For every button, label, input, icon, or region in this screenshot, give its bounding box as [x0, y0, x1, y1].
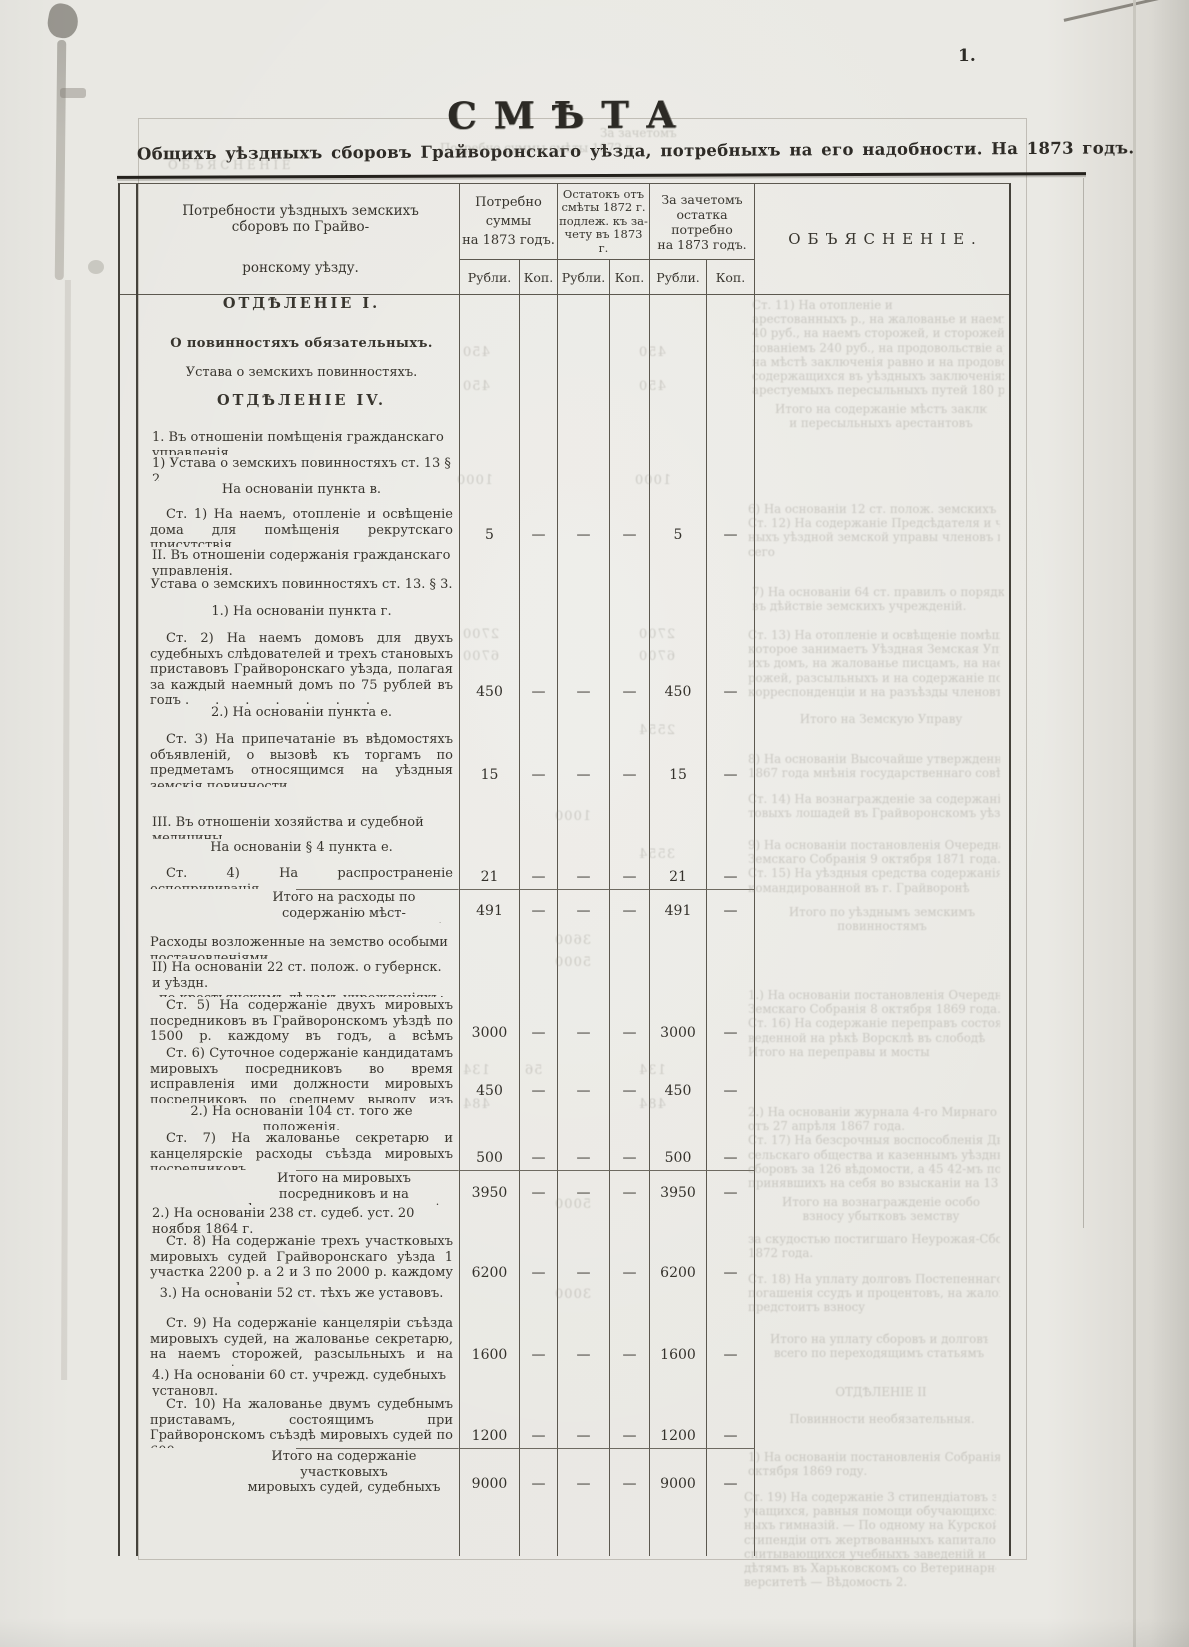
- amount-cell: 1600: [460, 1315, 520, 1367]
- amount-cell: 1200: [650, 1396, 707, 1448]
- amount-cell: [520, 295, 558, 335]
- table-header: Потребности уѣздныхъ земскихъ сборовъ по…: [120, 184, 1009, 295]
- amount-cell: [610, 1496, 650, 1556]
- explanation-cell: [755, 481, 1009, 506]
- frame-right-rule: [1083, 178, 1084, 1228]
- explanation-cell: [755, 364, 1009, 392]
- amount-cell: [650, 603, 707, 630]
- explanation-cell: [755, 1367, 1009, 1396]
- amount-cell: —: [558, 506, 610, 547]
- table-row: Итого на расходы по содержанію мѣст-наго…: [120, 889, 1009, 923]
- amount-cell: [650, 295, 707, 335]
- amount-cell: —: [558, 865, 610, 889]
- table-row: ОТДѢЛЕНІЕ IV.: [120, 392, 1009, 429]
- table-row: 3.) На основаніи 52 ст. тѣхъ же уставовъ…: [120, 1285, 1009, 1315]
- amount-cell: [610, 1285, 650, 1315]
- table-row: Расходы возложенные на земство особыми п…: [120, 923, 1009, 959]
- amount-cell: 21: [650, 865, 707, 889]
- amount-cell: —: [520, 997, 558, 1045]
- explanation-cell: [755, 1045, 1009, 1103]
- explanation-cell: [755, 335, 1009, 364]
- amount-cell: [460, 364, 520, 392]
- explanation-cell: [755, 506, 1009, 547]
- row-description-text: Итого на мировыхъ посредниковъ и на: [235, 1171, 453, 1202]
- amount-cell: 1600: [650, 1315, 707, 1367]
- amount-cell: [520, 1496, 558, 1556]
- amount-cell: [520, 959, 558, 997]
- row-description-text: 3.) На основаніи 52 ст. тѣхъ же уставовъ…: [150, 1286, 453, 1302]
- document-title: СМѢТА: [350, 92, 790, 138]
- table-row: На основаніи § 4 пункта е.: [120, 839, 1009, 865]
- table-row: Ст. 4) На распространеніе оспопрививанія…: [120, 865, 1009, 889]
- amount-cell: 500: [460, 1130, 520, 1170]
- amount-cell: [520, 1285, 558, 1315]
- amount-cell: [650, 547, 707, 576]
- amount-cell: [558, 1103, 610, 1130]
- amount-cell: 3000: [460, 997, 520, 1045]
- table-row: Ст. 2) На наемъ домовъ для двухъ судебны…: [120, 630, 1009, 704]
- amount-cell: [520, 547, 558, 576]
- row-description: 1. Въ отношеніи помѣщенія гражданскаго у…: [120, 429, 460, 455]
- row-description: На основаніи § 4 пункта е.: [120, 839, 460, 865]
- page-fold-shadow: [61, 280, 71, 1380]
- amount-cell: [650, 959, 707, 997]
- row-description: Ст. 7) На жалованье секретарю и канцеляр…: [120, 1130, 460, 1170]
- amount-cell: [707, 959, 755, 997]
- scan-smudge: [55, 40, 67, 280]
- amount-cell: [558, 787, 610, 839]
- amount-cell: [610, 429, 650, 455]
- amount-cell: [558, 364, 610, 392]
- amount-cell: [520, 787, 558, 839]
- amount-cell: [707, 481, 755, 506]
- table-row: ІІ) На основаніи 22 ст. полож. о губернс…: [120, 959, 1009, 997]
- amount-cell: [650, 1205, 707, 1233]
- amount-cell: [558, 1205, 610, 1233]
- column-header-needs: Потребности уѣздныхъ земскихъ сборовъ по…: [120, 184, 460, 294]
- amount-cell: —: [707, 630, 755, 704]
- amount-cell: [460, 295, 520, 335]
- explanation-cell: [755, 603, 1009, 630]
- amount-cell: 15: [460, 731, 520, 787]
- amount-cell: —: [520, 1130, 558, 1170]
- amount-cell: [610, 364, 650, 392]
- table-row: Ст. 7) На жалованье секретарю и канцеляр…: [120, 1130, 1009, 1170]
- row-description: Ст. 2) На наемъ домовъ для двухъ судебны…: [120, 630, 460, 704]
- amount-cell: [558, 429, 610, 455]
- row-description: Устава о земскихъ повинностяхъ ст. 13. §…: [120, 576, 460, 603]
- row-description: Ст. 9) На содержаніе канцеляріи съѣзда м…: [120, 1315, 460, 1367]
- amount-cell: —: [558, 1170, 610, 1205]
- amount-cell: [650, 1285, 707, 1315]
- row-description: О повинностяхъ обязательныхъ.: [120, 335, 460, 364]
- amount-cell: [460, 547, 520, 576]
- explanation-cell: [755, 1315, 1009, 1367]
- amount-cell: [650, 481, 707, 506]
- amount-cell: —: [520, 889, 558, 923]
- scan-corner-line: [1064, 0, 1189, 22]
- amount-cell: [558, 1496, 610, 1556]
- amount-cell: 9000: [650, 1448, 707, 1496]
- table-row: Ст. 6) Суточное содержаніе кандидатамъ м…: [120, 1045, 1009, 1103]
- amount-cell: 5: [650, 506, 707, 547]
- amount-cell: —: [707, 1045, 755, 1103]
- amount-cell: —: [520, 1170, 558, 1205]
- row-description-text: 2.) На основаніи 238 ст. судеб. уст. 20 …: [150, 1206, 453, 1233]
- amount-cell: [707, 364, 755, 392]
- explanation-cell: [755, 997, 1009, 1045]
- row-description-text: 4.) На основаніи 60 ст. учрежд. судебных…: [150, 1368, 453, 1396]
- column-header-needs-line1: Потребности уѣздныхъ земскихъ сборовъ по…: [152, 203, 449, 235]
- amount-cell: —: [707, 506, 755, 547]
- row-description-text: мировыхъ судей, судебныхъ при-: [235, 1480, 453, 1496]
- amount-cell: [650, 1103, 707, 1130]
- amount-cell: —: [558, 1130, 610, 1170]
- amount-cell: —: [558, 630, 610, 704]
- explanation-cell: [755, 787, 1009, 839]
- amount-cell: —: [520, 630, 558, 704]
- amount-cell: —: [707, 889, 755, 923]
- amount-cell: [460, 839, 520, 865]
- amount-cell: 450: [650, 1045, 707, 1103]
- row-description-text: Итого на расходы по содержанію мѣст-: [235, 890, 453, 921]
- amount-cell: —: [610, 1170, 650, 1205]
- amount-cell: [558, 295, 610, 335]
- amount-cell: [707, 547, 755, 576]
- explanation-cell: [755, 547, 1009, 576]
- explanation-cell: [755, 923, 1009, 959]
- row-description: ІІ) На основаніи 22 ст. полож. о губернс…: [120, 959, 460, 997]
- header-line: Остатокъ отъ: [563, 188, 644, 202]
- explanation-cell: [755, 1170, 1009, 1205]
- amount-cell: [650, 364, 707, 392]
- amount-cell: [707, 1496, 755, 1556]
- header-line: За зачетомъ: [661, 192, 742, 207]
- amount-cell: —: [558, 1045, 610, 1103]
- row-description: Итого на мировыхъ посредниковъ и науѣздн…: [120, 1170, 460, 1205]
- amount-cell: —: [558, 1233, 610, 1285]
- row-description-text: Ст. 10) На жалованье двумъ судебнымъ при…: [150, 1397, 453, 1448]
- table-row: ІІ. Въ отношеніи содержанія гражданскаго…: [120, 547, 1009, 576]
- amount-cell: [610, 481, 650, 506]
- amount-cell: [460, 576, 520, 603]
- table-row: Ст. 8) На содержаніе трехъ участковыхъ м…: [120, 1233, 1009, 1285]
- amount-cell: [558, 392, 610, 429]
- header-line: остатка потребно: [650, 207, 754, 237]
- row-description: Ст. 8) На содержаніе трехъ участковыхъ м…: [120, 1233, 460, 1285]
- amount-cell: [650, 787, 707, 839]
- explanation-cell: [755, 1233, 1009, 1285]
- amount-cell: —: [520, 1396, 558, 1448]
- table-row: Ст. 1) На наемъ, отопленіе и освѣщеніе д…: [120, 506, 1009, 547]
- amount-cell: —: [520, 506, 558, 547]
- amount-cell: [650, 429, 707, 455]
- row-description: На основаніи пункта в.: [120, 481, 460, 506]
- amount-cell: [707, 839, 755, 865]
- amount-cell: [610, 959, 650, 997]
- amount-cell: —: [707, 1396, 755, 1448]
- table-row: III. Въ отношеніи хозяйства и судебной м…: [120, 787, 1009, 839]
- explanation-cell: [755, 1448, 1009, 1496]
- explanation-cell: [755, 1130, 1009, 1170]
- row-description: ОТДѢЛЕНІЕ І.: [120, 295, 460, 335]
- amount-cell: —: [610, 506, 650, 547]
- subheader-rubles: Рубли.: [650, 260, 707, 294]
- amount-cell: [460, 1285, 520, 1315]
- amount-cell: 5: [460, 506, 520, 547]
- row-description-text: Ст. 8) На содержаніе трехъ участковыхъ м…: [150, 1234, 453, 1285]
- explanation-cell: [755, 630, 1009, 704]
- amount-cell: [520, 392, 558, 429]
- amount-cell: —: [610, 1448, 650, 1496]
- table-row: 2.) На основаніи 104 ст. того же положен…: [120, 1103, 1009, 1130]
- amount-cell: [558, 547, 610, 576]
- amount-cell: —: [707, 1315, 755, 1367]
- amount-cell: —: [520, 731, 558, 787]
- header-line: смѣты 1872 г.: [561, 201, 645, 215]
- amount-cell: [558, 481, 610, 506]
- table-row: Ст. 3) На припечатаніе въ вѣдомостяхъ об…: [120, 731, 1009, 787]
- subheader-kopecks: Коп.: [707, 260, 755, 294]
- table-row: Ст. 10) На жалованье двумъ судебнымъ при…: [120, 1396, 1009, 1448]
- amount-cell: [610, 1103, 650, 1130]
- explanation-cell: [755, 295, 1009, 335]
- row-description: Ст. 6) Суточное содержаніе кандидатамъ м…: [120, 1045, 460, 1103]
- row-description: Ст. 4) На распространеніе оспопрививанія…: [120, 865, 460, 889]
- row-description-text: ОТДѢЛЕНІЕ IV.: [150, 393, 453, 409]
- table-row: О повинностяхъ обязательныхъ.: [120, 335, 1009, 364]
- column-header-needs-line2: ронскому уѣзду.: [242, 260, 359, 276]
- row-description: Итого на расходы по содержанію мѣст-наго…: [120, 889, 460, 923]
- amount-cell: [520, 364, 558, 392]
- table-row: Ст. 9) На содержаніе канцеляріи съѣзда м…: [120, 1315, 1009, 1367]
- row-description-text: 2.) На основаніи пункта е.: [150, 705, 453, 721]
- scan-smudge: [45, 2, 80, 41]
- amount-cell: —: [558, 1448, 610, 1496]
- explanation-cell: [755, 1396, 1009, 1448]
- amount-cell: [520, 429, 558, 455]
- subheader-rubles: Рубли.: [460, 260, 520, 294]
- amount-cell: [707, 455, 755, 481]
- explanation-cell: [755, 889, 1009, 923]
- amount-cell: 491: [650, 889, 707, 923]
- amount-cell: [460, 603, 520, 630]
- table-row: 1. Въ отношеніи помѣщенія гражданскаго у…: [120, 429, 1009, 455]
- explanation-cell: [755, 839, 1009, 865]
- amount-cell: [650, 923, 707, 959]
- subheader-kopecks: Коп.: [520, 260, 558, 294]
- table-row: [120, 1496, 1009, 1556]
- amount-cell: —: [610, 997, 650, 1045]
- amount-cell: 3950: [650, 1170, 707, 1205]
- amount-cell: —: [610, 1233, 650, 1285]
- explanation-cell: [755, 576, 1009, 603]
- row-description-text: Ст. 9) На содержаніе канцеляріи съѣзда м…: [150, 1316, 453, 1367]
- amount-cell: —: [707, 731, 755, 787]
- scan-smudge: [88, 260, 104, 274]
- row-description-text: Ст. 1) На наемъ, отопленіе и освѣщеніе д…: [150, 507, 453, 547]
- amount-cell: —: [610, 889, 650, 923]
- scan-smudge: [60, 88, 86, 98]
- amount-cell: —: [520, 1315, 558, 1367]
- explanation-cell: [755, 392, 1009, 429]
- amount-cell: [610, 547, 650, 576]
- row-description-text: Ст. 6) Суточное содержаніе кандидатамъ м…: [150, 1046, 453, 1103]
- amount-cell: 450: [650, 630, 707, 704]
- amount-cell: [707, 603, 755, 630]
- amount-cell: —: [558, 997, 610, 1045]
- amount-cell: [707, 1205, 755, 1233]
- amount-cell: [558, 839, 610, 865]
- amount-cell: [520, 481, 558, 506]
- amount-cell: —: [558, 889, 610, 923]
- page-edge-shadow: [1150, 0, 1189, 1647]
- explanation-cell: [755, 455, 1009, 481]
- table-row: На основаніи пункта в.: [120, 481, 1009, 506]
- amount-cell: [610, 704, 650, 731]
- amount-cell: [558, 1367, 610, 1396]
- amount-cell: 9000: [460, 1448, 520, 1496]
- amount-cell: [650, 839, 707, 865]
- amount-cell: [650, 704, 707, 731]
- amount-cell: [520, 1103, 558, 1130]
- amount-cell: —: [558, 1396, 610, 1448]
- row-description: [120, 1496, 460, 1556]
- amount-cell: 6200: [460, 1233, 520, 1285]
- amount-cell: [558, 576, 610, 603]
- row-description: 1.) На основаніи пункта г.: [120, 603, 460, 630]
- table-row: 1.) На основаніи пункта г.: [120, 603, 1009, 630]
- amount-cell: [520, 1205, 558, 1233]
- amount-cell: [558, 455, 610, 481]
- amount-cell: —: [520, 1448, 558, 1496]
- amount-cell: [650, 335, 707, 364]
- row-description: 2.) На основаніи пункта е.: [120, 704, 460, 731]
- amount-cell: [650, 455, 707, 481]
- amount-cell: [460, 959, 520, 997]
- amount-cell: [610, 1205, 650, 1233]
- table-row: Итого на содержаніе участковыхъмировыхъ …: [120, 1448, 1009, 1496]
- amount-cell: [610, 335, 650, 364]
- amount-cell: [707, 295, 755, 335]
- amount-cell: —: [610, 1396, 650, 1448]
- amount-cell: [650, 1367, 707, 1396]
- amount-cell: —: [610, 731, 650, 787]
- row-description-text: Итого на содержаніе участковыхъ: [235, 1449, 453, 1480]
- amount-cell: [610, 295, 650, 335]
- table-row: Устава о земскихъ повинностяхъ ст. 13. §…: [120, 576, 1009, 603]
- amount-cell: [610, 787, 650, 839]
- subheader-rubles: Рубли.: [558, 260, 610, 294]
- row-description: 1) Устава о земскихъ повинностяхъ ст. 13…: [120, 455, 460, 481]
- amount-cell: —: [707, 1233, 755, 1285]
- page-edge-shadow: [0, 1618, 1189, 1647]
- amount-cell: [520, 335, 558, 364]
- amount-cell: [558, 335, 610, 364]
- amount-cell: [460, 787, 520, 839]
- row-description-text: Ст. 5) На содержаніе двухъ мировыхъ поср…: [150, 998, 453, 1045]
- table-row: 1) Устава о земскихъ повинностяхъ ст. 13…: [120, 455, 1009, 481]
- amount-cell: —: [707, 865, 755, 889]
- amount-cell: —: [610, 1130, 650, 1170]
- amount-cell: [558, 923, 610, 959]
- amount-cell: [558, 1285, 610, 1315]
- amount-cell: [460, 1103, 520, 1130]
- amount-cell: [460, 1205, 520, 1233]
- header-line: Потребно суммы: [460, 193, 557, 231]
- amount-cell: [610, 1367, 650, 1396]
- row-description-text: Ст. 4) На распространеніе оспопрививанія…: [150, 866, 453, 889]
- row-description-text: О повинностяхъ обязательныхъ.: [150, 336, 453, 352]
- row-description-text: Расходы возложенные на земство особыми п…: [150, 924, 453, 959]
- amount-cell: [520, 923, 558, 959]
- amount-cell: [460, 392, 520, 429]
- amount-cell: [610, 392, 650, 429]
- amount-cell: [460, 481, 520, 506]
- subheader-kopecks: Коп.: [610, 260, 650, 294]
- header-line: чету въ 1873 г.: [558, 228, 649, 255]
- amount-cell: [460, 923, 520, 959]
- amount-cell: [460, 704, 520, 731]
- amount-cell: —: [520, 1045, 558, 1103]
- amount-cell: [707, 335, 755, 364]
- amount-cell: [558, 603, 610, 630]
- amount-cell: 21: [460, 865, 520, 889]
- amount-cell: [650, 1496, 707, 1556]
- amount-cell: [707, 1103, 755, 1130]
- row-description: ІІ. Въ отношеніи содержанія гражданскаго…: [120, 547, 460, 576]
- row-description-text: Ст. 2) На наемъ домовъ для двухъ судебны…: [150, 631, 453, 704]
- table-row: ОТДѢЛЕНІЕ І.: [120, 295, 1009, 335]
- table-row: 2.) На основаніи пункта е.: [120, 704, 1009, 731]
- amount-cell: [707, 392, 755, 429]
- title-divider-rule: [117, 172, 1086, 179]
- amount-cell: [650, 576, 707, 603]
- row-description: Ст. 10) На жалованье двумъ судебнымъ при…: [120, 1396, 460, 1448]
- table-row: Ст. 5) На содержаніе двухъ мировыхъ поср…: [120, 997, 1009, 1045]
- explanation-cell: [755, 429, 1009, 455]
- explanation-cell: [755, 704, 1009, 731]
- amount-cell: —: [558, 731, 610, 787]
- amount-cell: [558, 704, 610, 731]
- row-description-text: 1.) На основаніи пункта г.: [150, 604, 453, 620]
- amount-cell: [520, 839, 558, 865]
- row-description-text: 1. Въ отношеніи помѣщенія гражданскаго у…: [150, 430, 453, 455]
- amount-cell: —: [610, 630, 650, 704]
- row-description-text: На основаніи пункта в.: [150, 482, 453, 498]
- table-body: ОТДѢЛЕНІЕ І.О повинностяхъ обязательныхъ…: [120, 295, 1009, 1556]
- amount-cell: [520, 455, 558, 481]
- amount-cell: 450: [460, 1045, 520, 1103]
- row-description: Ст. 3) На припечатаніе въ вѣдомостяхъ об…: [120, 731, 460, 787]
- amount-cell: [707, 429, 755, 455]
- explanation-cell: [755, 1103, 1009, 1130]
- amount-cell: 491: [460, 889, 520, 923]
- amount-cell: —: [707, 1170, 755, 1205]
- amount-cell: [610, 455, 650, 481]
- amount-cell: [520, 1367, 558, 1396]
- row-description: 2.) На основаніи 104 ст. того же положен…: [120, 1103, 460, 1130]
- amount-cell: —: [520, 1233, 558, 1285]
- amount-cell: —: [610, 1045, 650, 1103]
- amount-cell: [707, 923, 755, 959]
- amount-cell: 3950: [460, 1170, 520, 1205]
- row-description-text: III. Въ отношеніи хозяйства и судебной м…: [150, 788, 453, 839]
- amount-cell: [558, 959, 610, 997]
- explanation-cell: [755, 865, 1009, 889]
- amount-cell: [520, 603, 558, 630]
- amount-cell: —: [707, 1130, 755, 1170]
